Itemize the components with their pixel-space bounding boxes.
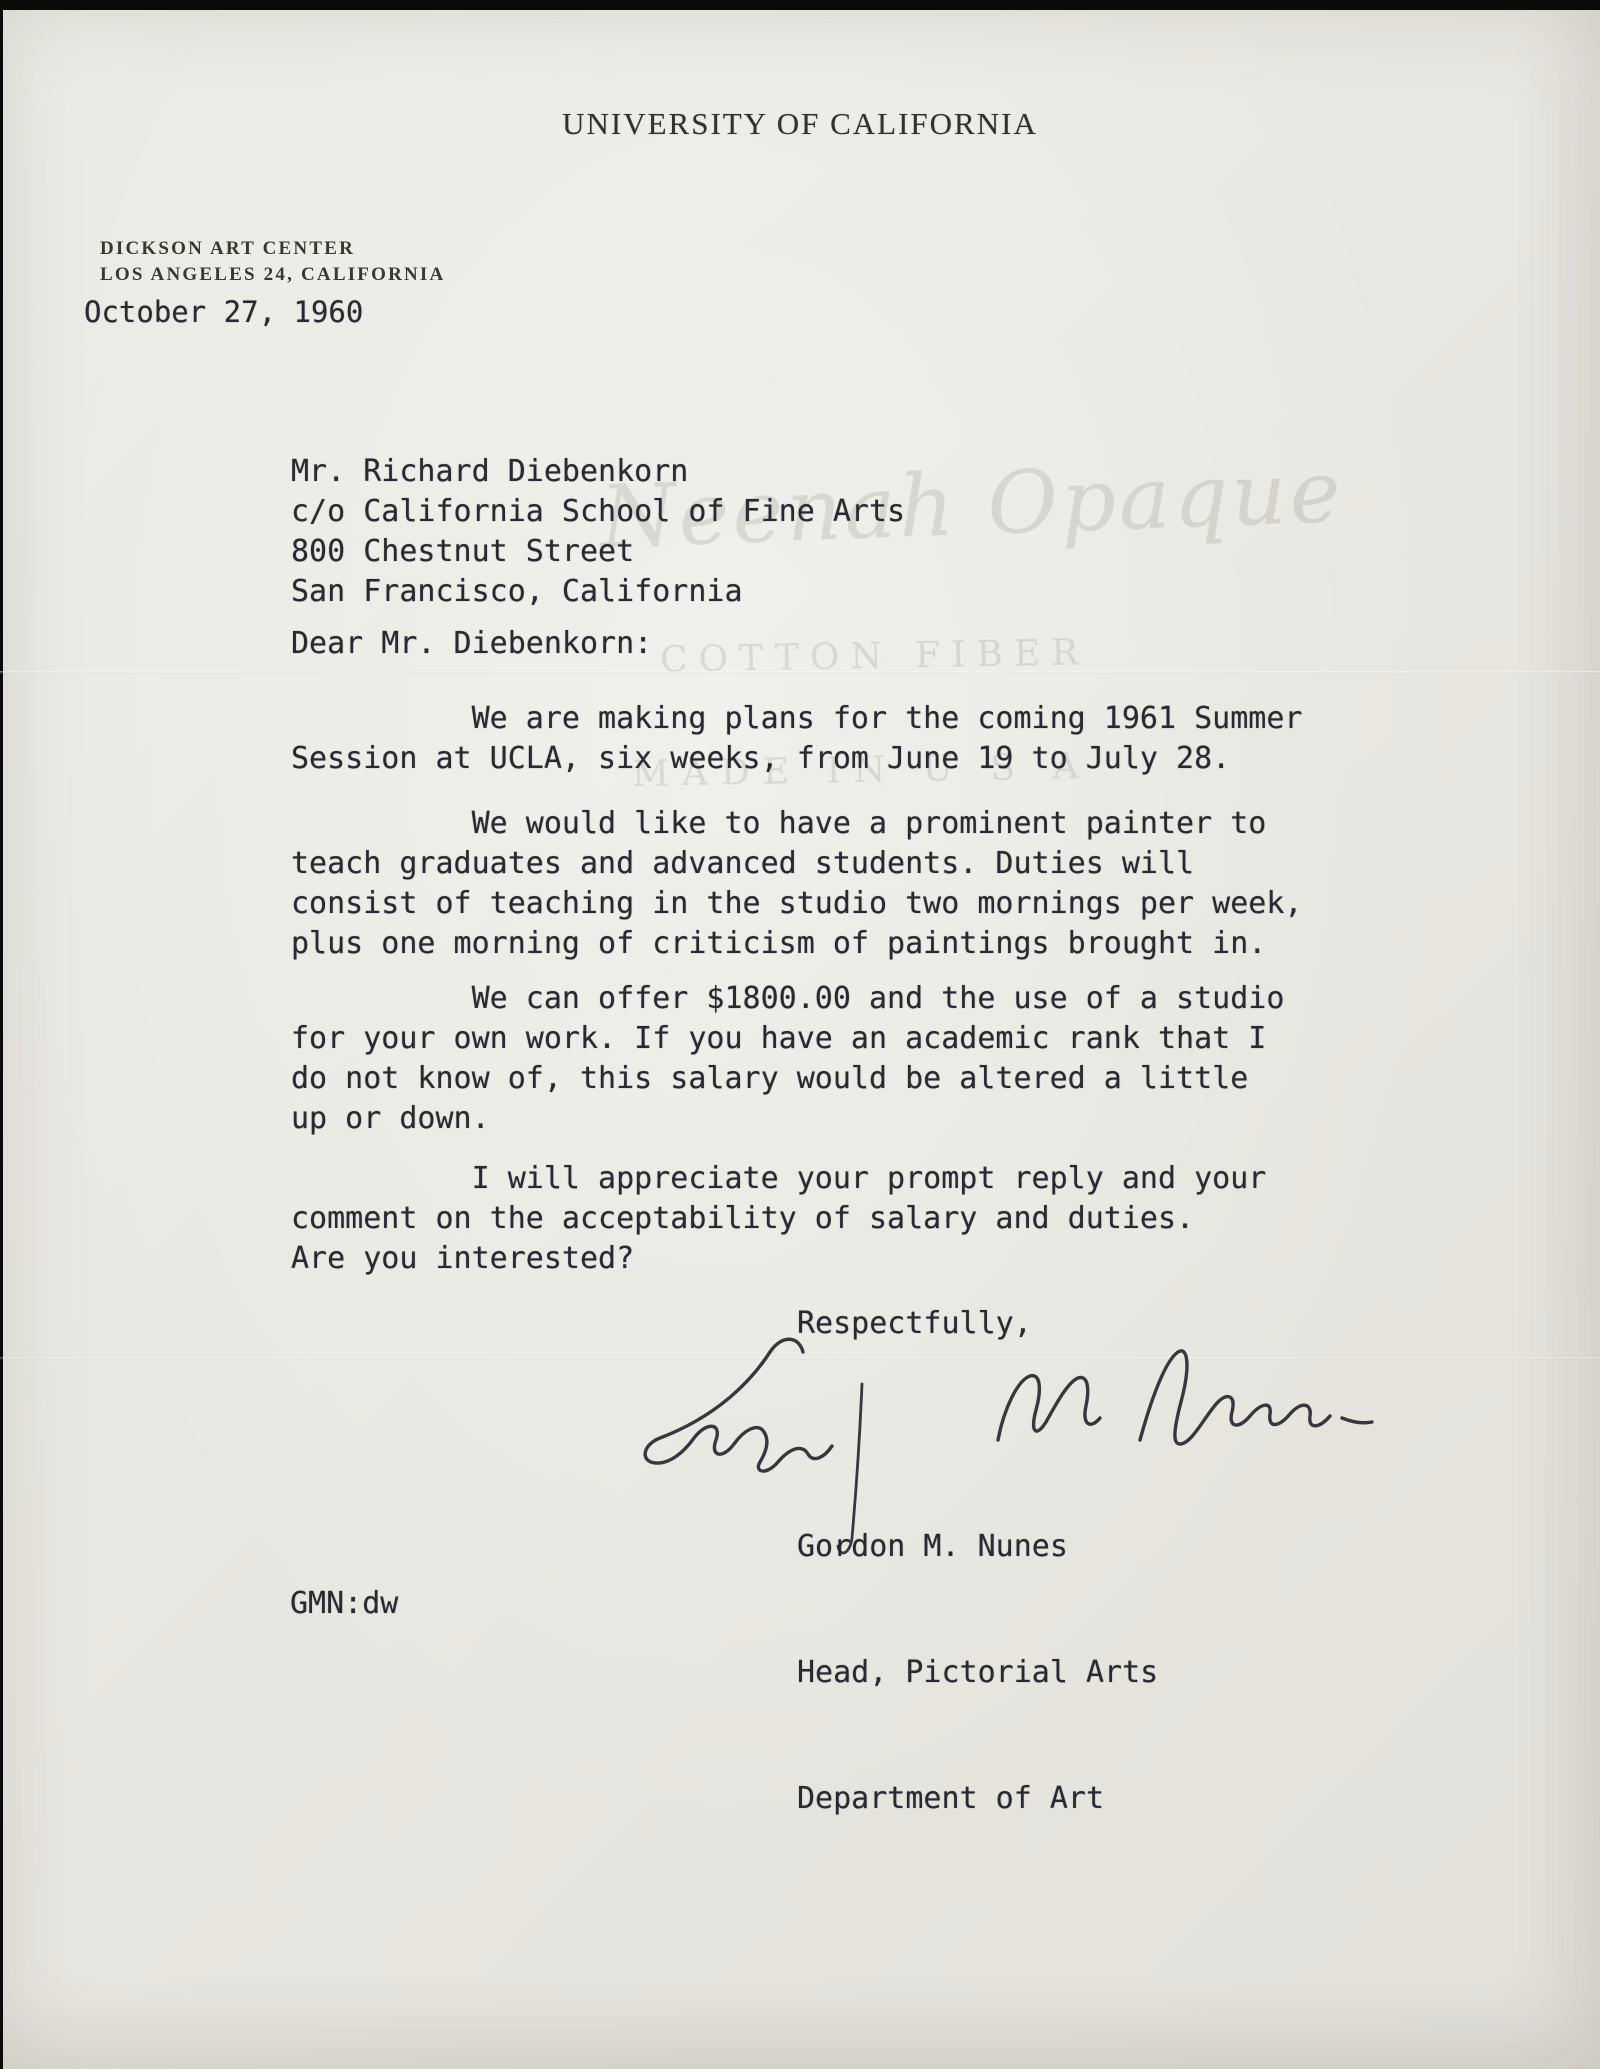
- paragraph-4: I will appreciate your prompt reply and …: [291, 1159, 1266, 1279]
- scan-background: Neenah Opaque COTTON FIBER MADE IN U S A…: [0, 0, 1600, 2069]
- paragraph-1: We are making plans for the coming 1961 …: [291, 699, 1302, 779]
- signature-title: Head, Pictorial Arts: [797, 1652, 1158, 1694]
- salutation: Dear Mr. Diebenkorn:: [291, 624, 652, 664]
- recipient-address: Mr. Richard Diebenkorn c/o California Sc…: [291, 452, 905, 612]
- typist-initials: GMN:dw: [290, 1584, 398, 1624]
- signature-department: Department of Art: [797, 1778, 1158, 1820]
- paragraph-3: We can offer $1800.00 and the use of a s…: [291, 979, 1284, 1139]
- paragraph-2: We would like to have a prominent painte…: [291, 804, 1302, 964]
- signature-handwriting: [600, 1322, 1400, 1572]
- fold-crease-top: [0, 671, 1600, 674]
- letterhead-center-name: DICKSON ART CENTER: [100, 238, 355, 260]
- date-line: October 27, 1960: [84, 292, 363, 332]
- letterhead-university-title: UNIVERSITY OF CALIFORNIA: [0, 106, 1600, 142]
- letterhead-city-line: LOS ANGELES 24, CALIFORNIA: [100, 264, 445, 286]
